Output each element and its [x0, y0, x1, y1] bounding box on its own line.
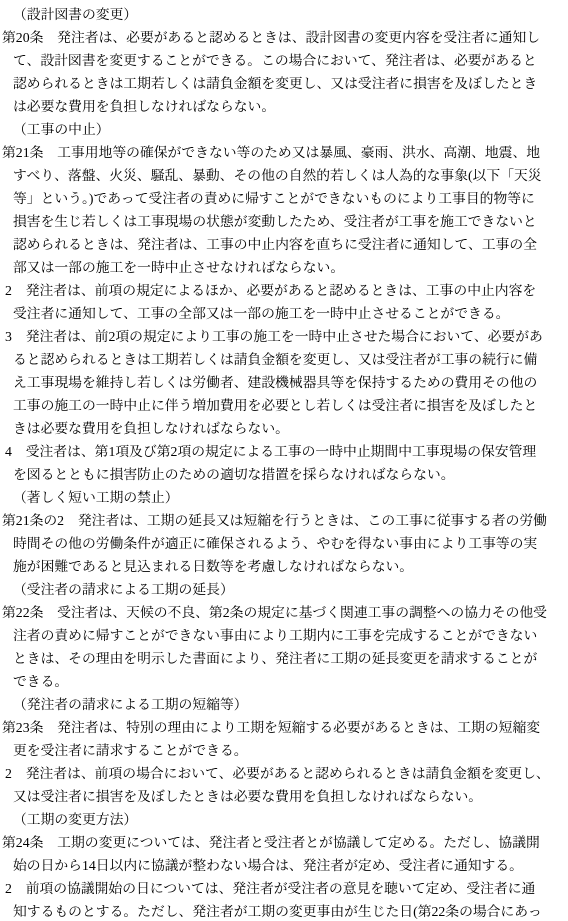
text-line: 更を受注者に請求することができる。	[0, 739, 568, 762]
text-line: できる。	[0, 670, 568, 693]
text-line: を図るとともに損害防止のための適切な措置を採らなければならない。	[0, 463, 568, 486]
text-line: 第24条 工期の変更については、発注者と受注者とが協議して定める。ただし、協議開	[0, 831, 568, 854]
text-line: （発注者の請求による工期の短縮等）	[0, 693, 568, 716]
document-page: （設計図書の変更）第20条 発注者は、必要があると認めるときは、設計図書の変更内…	[0, 0, 568, 921]
text-line: 第20条 発注者は、必要があると認めるときは、設計図書の変更内容を受注者に通知し	[0, 26, 568, 49]
text-line: 認められるときは工期若しくは請負金額を変更し、又は受注者に損害を及ぼしたとき	[0, 72, 568, 95]
text-line: 4 受注者は、第1項及び第2項の規定による工事の一時中止期間中工事現場の保安管理	[0, 440, 568, 463]
text-line: 第21条の2 発注者は、工期の延長又は短縮を行うときは、この工事に従事する者の労…	[0, 509, 568, 532]
text-line: 2 前項の協議開始の日については、発注者が受注者の意見を聴いて定め、受注者に通	[0, 877, 568, 900]
text-line: ときは、その理由を明示した書面により、発注者に工期の延長変更を請求することが	[0, 647, 568, 670]
text-line: すべり、落盤、火災、騒乱、暴動、その他の自然的若しくは人為的な事象(以下「天災	[0, 164, 568, 187]
text-line: 時間その他の労働条件が適正に確保されるよう、やむを得ない事由により工事等の実	[0, 532, 568, 555]
text-line: 注者の責めに帰すことができない事由により工期内に工事を完成することができない	[0, 624, 568, 647]
text-line: 工事の施工の一時中止に伴う増加費用を必要とし若しくは受注者に損害を及ぼしたと	[0, 394, 568, 417]
text-line: 2 発注者は、前項の場合において、必要があると認められるときは請負金額を変更し、	[0, 762, 568, 785]
text-line: （工事の中止）	[0, 118, 568, 141]
text-line: え工事現場を維持し若しくは労働者、建設機械器具等を保持するための費用その他の	[0, 371, 568, 394]
text-line: （受注者の請求による工期の延長）	[0, 578, 568, 601]
text-line: 施が困難であると見込まれる日数等を考慮しなければならない。	[0, 555, 568, 578]
text-line: て、設計図書を変更することができる。この場合において、発注者は、必要があると	[0, 49, 568, 72]
text-line: 等」という。)であって受注者の責めに帰すことができないものにより工事目的物等に	[0, 187, 568, 210]
text-line: は必要な費用を負担しなければならない。	[0, 95, 568, 118]
document-text: （設計図書の変更）第20条 発注者は、必要があると認めるときは、設計図書の変更内…	[0, 3, 568, 921]
text-line: 第21条 工事用地等の確保ができない等のため又は暴風、豪雨、洪水、高潮、地震、地	[0, 141, 568, 164]
text-line: 第23条 発注者は、特別の理由により工期を短縮する必要があるときは、工期の短縮変	[0, 716, 568, 739]
text-line: 又は受注者に損害を及ぼしたときは必要な費用を負担しなければならない。	[0, 785, 568, 808]
text-line: ると認められるときは工期若しくは請負金額を変更し、又は受注者が工事の続行に備	[0, 348, 568, 371]
text-line: きは必要な費用を負担しなければならない。	[0, 417, 568, 440]
text-line: 3 発注者は、前2項の規定により工事の施工を一時中止させた場合において、必要があ	[0, 325, 568, 348]
text-line: 損害を生じ若しくは工事現場の状態が変動したため、受注者が工事を施工できないと	[0, 210, 568, 233]
text-line: （著しく短い工期の禁止）	[0, 486, 568, 509]
text-line: 2 発注者は、前項の規定によるほか、必要があると認めるときは、工事の中止内容を	[0, 279, 568, 302]
text-line: 知するものとする。ただし、発注者が工期の変更事由が生じた日(第22条の場合にあっ	[0, 900, 568, 921]
text-line: 第22条 受注者は、天候の不良、第2条の規定に基づく関連工事の調整への協力その他…	[0, 601, 568, 624]
text-line: 受注者に通知して、工事の全部又は一部の施工を一時中止させることができる。	[0, 302, 568, 325]
text-line: （工期の変更方法）	[0, 808, 568, 831]
text-line: （設計図書の変更）	[0, 3, 568, 26]
text-line: 部又は一部の施工を一時中止させなければならない。	[0, 256, 568, 279]
text-line: 始の日から14日以内に協議が整わない場合は、発注者が定め、受注者に通知する。	[0, 854, 568, 877]
text-line: 認められるときは、発注者は、工事の中止内容を直ちに受注者に通知して、工事の全	[0, 233, 568, 256]
